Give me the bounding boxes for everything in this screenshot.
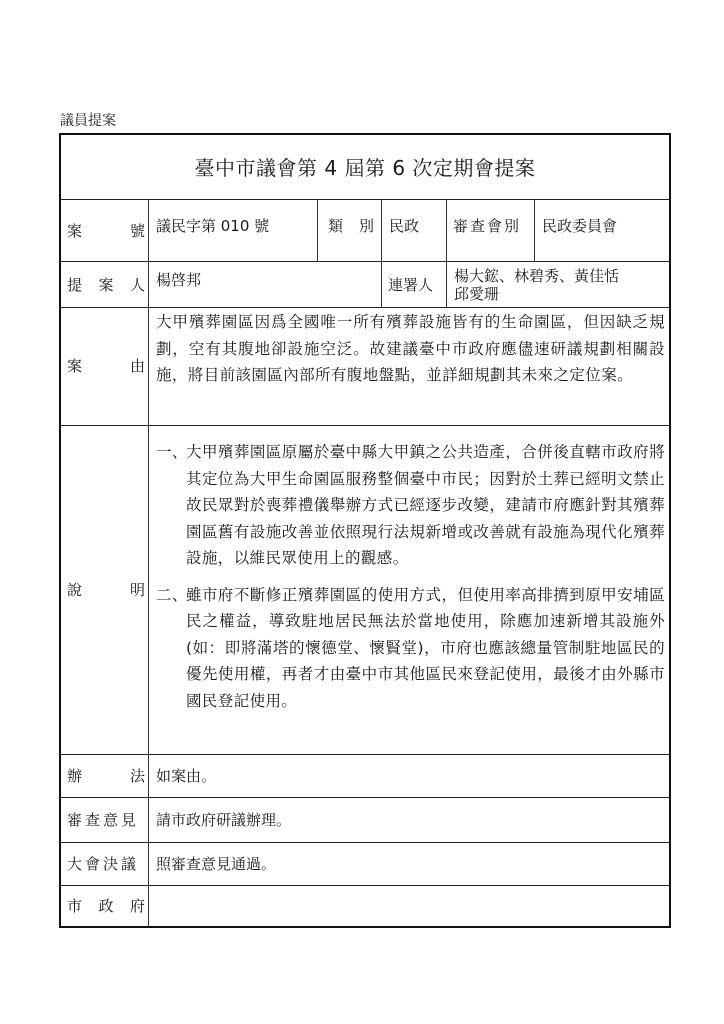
cosigners-value: 楊大鋐、林碧秀、黃佳恬 邱愛珊 (447, 262, 671, 307)
item-number: 二、 (156, 582, 186, 715)
column-divider (317, 200, 318, 261)
label-column-divider (148, 200, 149, 927)
city-government-value (149, 885, 671, 927)
explanation-content: 一、 大甲殯葬園區原屬於臺中縣大甲鎮之公共造產，合併後直轄市政府將其定位為大甲生… (149, 425, 671, 754)
city-government-label: 市政府 (61, 885, 149, 927)
case-number-label: 案號 (61, 200, 149, 261)
explanation-item: 二、 雖市府不斷修正殯葬園區的使用方式，但使用率高排擠到原甲安埔區民之權益，導致… (156, 582, 665, 715)
document-type-label: 議員提案 (60, 110, 116, 130)
item-number: 一、 (156, 439, 186, 572)
review-opinion-value: 請市政府研議辦理。 (149, 797, 671, 842)
review-opinion-label: 審查意見 (61, 797, 149, 842)
proposal-table: 臺中市議會第 4 屆第 6 次定期會提案 案號 議民字第 010 號 類別 民政… (59, 133, 671, 928)
proposer-label: 提案人 (61, 262, 149, 307)
resolution-value: 照審查意見通過。 (149, 842, 671, 885)
method-label: 辦法 (61, 754, 149, 797)
cosigners-line-2: 邱愛珊 (454, 285, 499, 303)
reason-label: 案由 (61, 307, 149, 425)
explanation-label: 說明 (61, 425, 149, 754)
cosigners-label: 連署人 (382, 262, 447, 307)
column-divider (534, 200, 535, 261)
proposal-title: 臺中市議會第 4 屆第 6 次定期會提案 (61, 135, 669, 200)
review-committee-label: 審查會別 (447, 200, 535, 261)
item-text: 大甲殯葬園區原屬於臺中縣大甲鎮之公共造產，合併後直轄市政府將其定位為大甲生命園區… (186, 439, 665, 572)
category-value: 民政 (382, 200, 447, 261)
case-number-value: 議民字第 010 號 (149, 200, 318, 261)
item-text: 雖市府不斷修正殯葬園區的使用方式，但使用率高排擠到原甲安埔區民之權益，導致駐地居… (186, 582, 665, 715)
explanation-item: 一、 大甲殯葬園區原屬於臺中縣大甲鎮之公共造產，合併後直轄市政府將其定位為大甲生… (156, 439, 665, 572)
category-label: 類別 (318, 200, 382, 261)
resolution-label: 大會決議 (61, 842, 149, 885)
method-value: 如案由。 (149, 754, 671, 797)
column-divider (446, 200, 447, 307)
review-committee-value: 民政委員會 (535, 200, 671, 261)
cosigners-line-1: 楊大鋐、林碧秀、黃佳恬 (454, 267, 619, 285)
column-divider (381, 200, 382, 307)
proposer-value: 楊啓邦 (149, 262, 382, 307)
reason-text: 大甲殯葬園區因爲全國唯一所有殯葬設施皆有的生命園區，但因缺乏規劃，空有其腹地卻設… (149, 307, 671, 425)
